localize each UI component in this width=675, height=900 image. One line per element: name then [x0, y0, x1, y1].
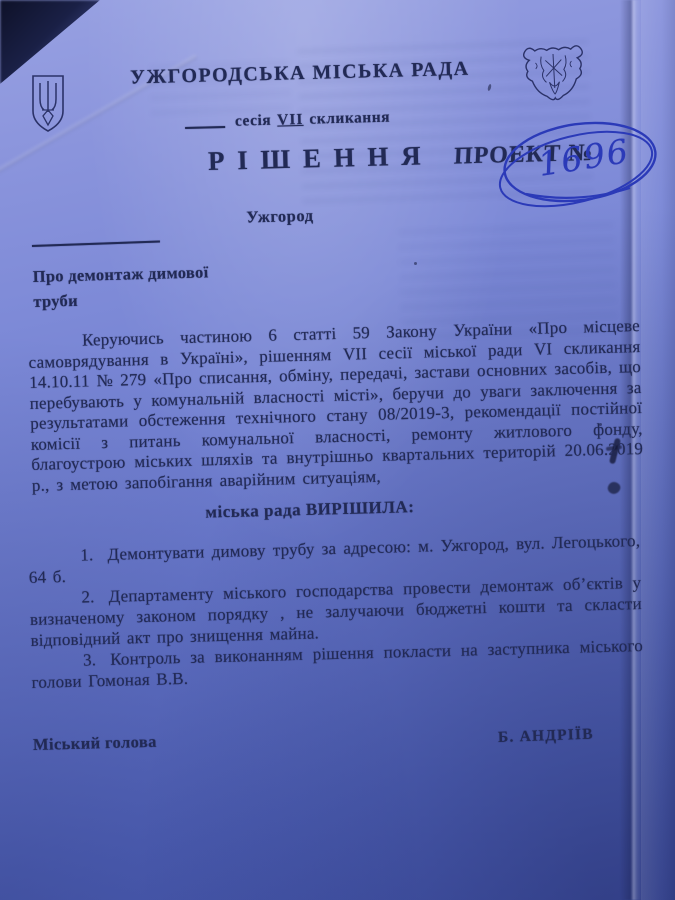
photo-of-document: { "document": { "org_name": "УЖГОРОДСЬКА… [0, 0, 675, 900]
signature-title: Міський голова [33, 732, 157, 755]
session-word: сесія [235, 112, 272, 130]
date-blank-rule [32, 241, 160, 247]
resolution-heading: міська рада ВИРІШИЛА: [0, 492, 620, 528]
session-number: VII [277, 111, 304, 129]
preamble-paragraph: Керуючись частиною 6 статті 59 Закону Ук… [28, 316, 644, 496]
subject-title: Про демонтаж димової труби [32, 259, 209, 314]
signature-name: Б. АНДРІЇВ [498, 726, 594, 747]
subject-line-2: труби [33, 284, 209, 314]
subject-line-1: Про демонтаж димової [32, 259, 208, 289]
resolution-items: 1.Демонтувати димову трубу за адресою: м… [28, 530, 644, 693]
dust-speck [414, 262, 417, 265]
item-number: 3. [83, 650, 97, 669]
convocation-word: скликання [309, 109, 390, 128]
blank-underscore [185, 126, 225, 129]
item-number: 1. [80, 545, 94, 564]
document-paper: УЖГОРОДСЬКА МІСЬКА РАДА сесіяVIIскликанн… [0, 0, 675, 900]
decision-word: Р І Ш Е Н Н Я [208, 140, 424, 176]
item-number: 2. [81, 587, 95, 606]
